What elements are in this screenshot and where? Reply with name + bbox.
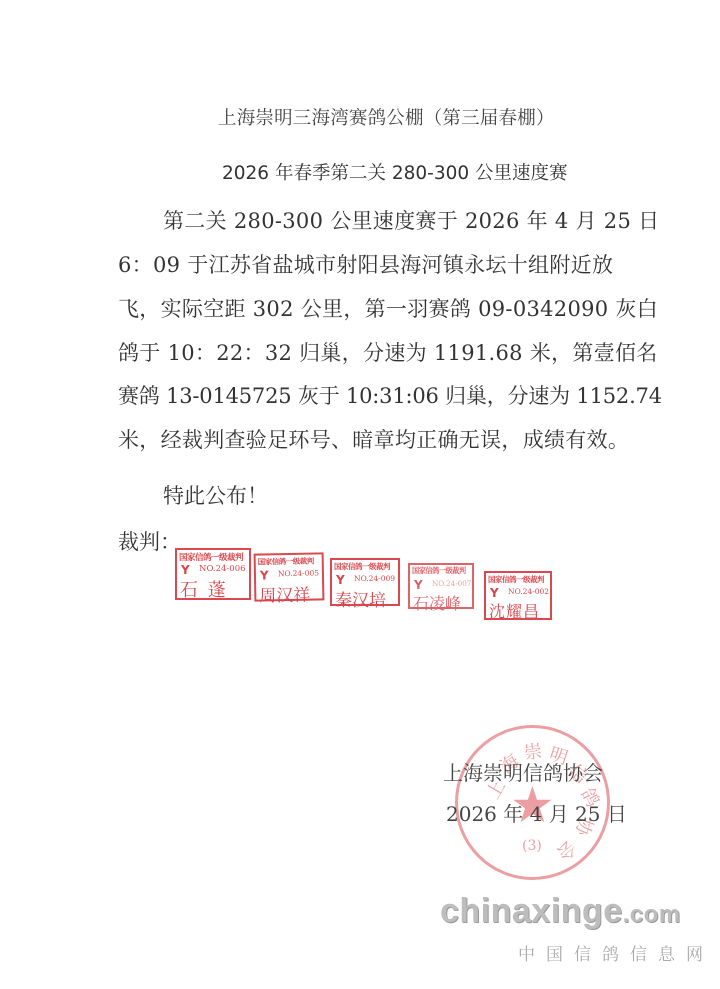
stamp-number: NO.24-007: [432, 579, 471, 588]
document-title: 上海崇明三海湾赛鸽公棚（第三届春棚）: [218, 104, 555, 130]
stamp-header: 国家信鸽一级裁判: [412, 566, 466, 576]
referee-logo-icon: Y: [181, 563, 190, 577]
referee-logo-icon: Y: [490, 586, 499, 600]
watermark-chinese: 中国信鸽信息网: [518, 940, 714, 965]
referee-stamp: 国家信鸽一级裁判 Y NO.24-009 秦汉培: [330, 558, 400, 606]
document-subtitle: 2026 年春季第二关 280-300 公里速度赛: [222, 159, 568, 185]
announcement: 特此公布！: [163, 480, 268, 510]
stamp-name: 石凌峰: [413, 591, 461, 614]
referee-stamp: 国家信鸽一级裁判 Y NO.24-006 石 蓬: [175, 548, 251, 600]
watermark-domain: chinaxinge: [440, 892, 623, 930]
stamp-header: 国家信鸽一级裁判: [334, 561, 390, 572]
body-line: 第二关 280-300 公里速度赛于 2026 年 4 月 25 日: [163, 205, 659, 235]
watermark-logo: chinaxinge.com: [440, 892, 681, 931]
watermark-tld: .com: [623, 901, 681, 928]
stamp-number: NO.24-009: [354, 574, 395, 583]
referee-stamp: 国家信鸽一级裁判 Y NO.24-002 沈耀昌: [484, 571, 552, 620]
stamp-number: NO.24-005: [278, 568, 319, 578]
referee-logo-icon: Y: [336, 573, 345, 587]
body-line: 米，经裁判查验足环号、暗章均正确无误，成绩有效。: [118, 424, 629, 454]
stamp-header: 国家信鸽一级裁判: [258, 556, 314, 568]
referee-stamp: 国家信鸽一级裁判 Y NO.24-007 石凌峰: [408, 563, 474, 609]
signature-organization: 上海崇明信鸽协会: [443, 757, 603, 786]
body-line: 6：09 于江苏省盐城市射阳县海河镇永坛十组附近放: [118, 249, 613, 279]
body-line: 赛鸽 13-0145725 灰于 10:31:06 归巢，分速为 1152.74: [118, 380, 662, 410]
stamp-name: 秦汉培: [335, 586, 386, 611]
stamp-name: 石 蓬: [180, 576, 228, 602]
referee-stamp: 国家信鸽一级裁判 Y NO.24-005 周汉祥: [254, 552, 325, 601]
referee-label: 裁判：: [118, 526, 181, 556]
stamp-name: 周汉祥: [259, 581, 310, 607]
seal-number: (3): [522, 838, 542, 854]
body-line: 鸽于 10：22：32 归巢，分速为 1191.68 米，第壹佰名: [118, 337, 658, 367]
stamp-number: NO.24-002: [508, 587, 549, 596]
stamp-header: 国家信鸽一级裁判: [179, 551, 243, 563]
referee-logo-icon: Y: [414, 578, 423, 592]
stamp-header: 国家信鸽一级裁判: [488, 574, 544, 585]
body-line: 飞，实际空距 302 公里，第一羽赛鸽 09-0342090 灰白: [118, 293, 658, 323]
stamp-name: 沈耀昌: [489, 599, 540, 622]
signature-date: 2026 年 4 月 25 日: [446, 798, 627, 827]
stamp-number: NO.24-006: [199, 564, 246, 574]
